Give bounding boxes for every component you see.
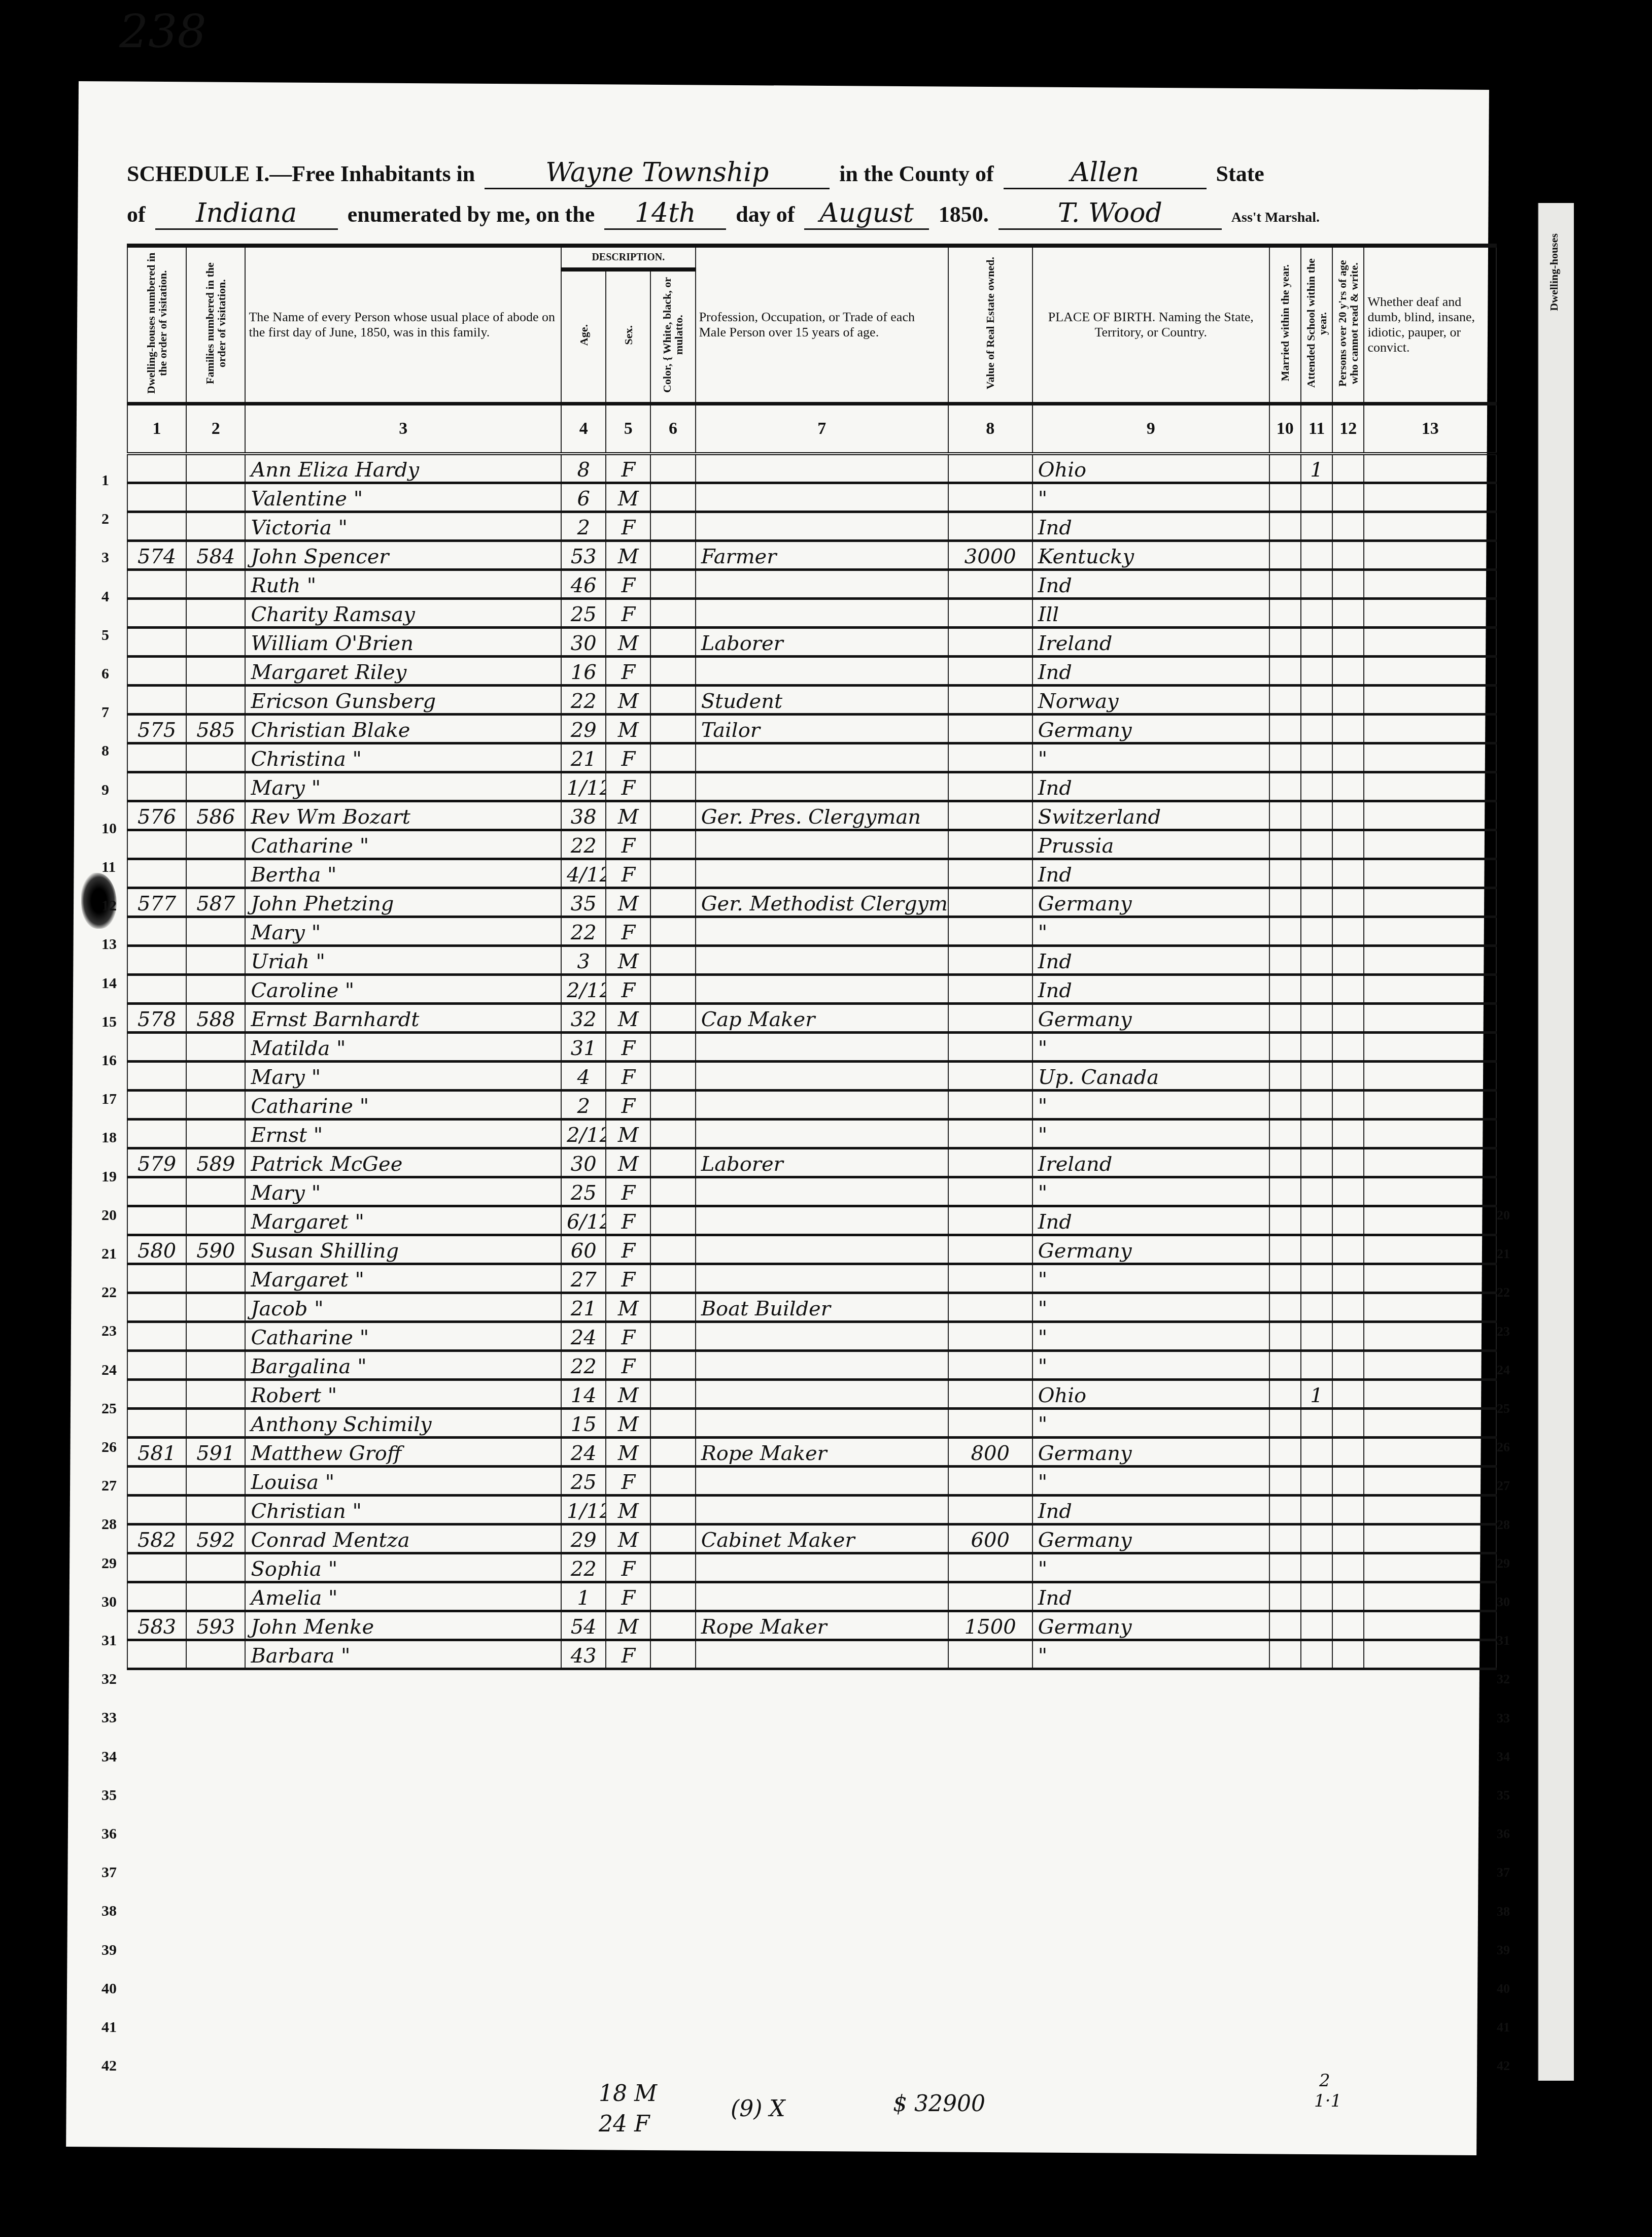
cell-real-estate xyxy=(948,1206,1032,1235)
cell-school xyxy=(1301,1033,1332,1062)
cell-occupation: Tailor xyxy=(696,715,948,743)
cell-age: 32 xyxy=(561,1004,606,1033)
cell-condition xyxy=(1364,917,1496,946)
cell-dwelling: 577 xyxy=(127,888,186,917)
cell-school xyxy=(1301,1582,1332,1611)
cell-sex: F xyxy=(606,1062,650,1091)
cell-school xyxy=(1301,1148,1332,1177)
cell-real-estate xyxy=(948,1640,1032,1669)
cell-family xyxy=(186,512,245,541)
table-row: Jacob "21MBoat Builder" xyxy=(127,1293,1496,1322)
cell-illiterate xyxy=(1332,1148,1364,1177)
cell-married xyxy=(1269,1293,1301,1322)
cell-sex: F xyxy=(606,772,650,801)
line-number: 26 xyxy=(101,1439,117,1456)
cell-color xyxy=(650,570,695,599)
cell-sex: F xyxy=(606,1640,650,1669)
cell-condition xyxy=(1364,1467,1496,1496)
cell-dwelling: 578 xyxy=(127,1004,186,1033)
line-number: 2 xyxy=(101,511,109,528)
table-row: Matilda "31F" xyxy=(127,1033,1496,1062)
cell-birthplace: Germany xyxy=(1032,1611,1269,1640)
cell-occupation: Ger. Pres. Clergyman xyxy=(696,801,948,830)
school-tally: 2 xyxy=(1319,2071,1330,2091)
cell-real-estate xyxy=(948,772,1032,801)
cell-dwelling: 576 xyxy=(127,801,186,830)
cell-sex: M xyxy=(606,1293,650,1322)
cell-name: Margaret " xyxy=(245,1206,561,1235)
cell-condition xyxy=(1364,772,1496,801)
cell-occupation xyxy=(696,859,948,888)
table-row: Caroline "2/12FInd xyxy=(127,975,1496,1004)
cell-dwelling xyxy=(127,1380,186,1409)
cell-color xyxy=(650,1380,695,1409)
cell-family xyxy=(186,1206,245,1235)
table-row: Mary "1/12FInd xyxy=(127,772,1496,801)
table-row: 574584John Spencer53MFarmer3000Kentucky xyxy=(127,541,1496,570)
table-row: Ann Eliza Hardy8FOhio1 xyxy=(127,454,1496,483)
census-table: Dwelling-houses numbered in the order of… xyxy=(127,244,1497,1670)
col-header-sex: Sex. xyxy=(606,269,650,404)
cell-occupation: Laborer xyxy=(696,1148,948,1177)
cell-family xyxy=(186,1351,245,1380)
cell-sex: F xyxy=(606,1264,650,1293)
table-row: Robert "14MOhio1 xyxy=(127,1380,1496,1409)
cell-illiterate xyxy=(1332,686,1364,715)
line-number: 11 xyxy=(101,859,116,876)
cell-name: William O'Brien xyxy=(245,628,561,657)
cell-occupation xyxy=(696,1553,948,1582)
cell-real-estate xyxy=(948,1351,1032,1380)
page-number: 238 xyxy=(119,5,206,58)
cell-occupation xyxy=(696,975,948,1004)
enumerated-label: enumerated by me, on the xyxy=(348,202,595,227)
cell-real-estate xyxy=(948,1553,1032,1582)
line-number: 17 xyxy=(101,1091,117,1108)
cell-name: Patrick McGee xyxy=(245,1148,561,1177)
cell-family: 588 xyxy=(186,1004,245,1033)
cell-family xyxy=(186,657,245,686)
cell-sex: F xyxy=(606,975,650,1004)
cell-family xyxy=(186,628,245,657)
cell-occupation xyxy=(696,1582,948,1611)
col-num: 7 xyxy=(696,404,948,454)
cell-color xyxy=(650,657,695,686)
cell-school xyxy=(1301,541,1332,570)
cell-birthplace: Norway xyxy=(1032,686,1269,715)
cell-sex: M xyxy=(606,1148,650,1177)
cell-married xyxy=(1269,1438,1301,1467)
table-row: Margaret Riley16FInd xyxy=(127,657,1496,686)
table-row: Sophia "22F" xyxy=(127,1553,1496,1582)
cell-condition xyxy=(1364,1611,1496,1640)
cell-birthplace: " xyxy=(1032,1640,1269,1669)
cell-school xyxy=(1301,715,1332,743)
cell-age: 15 xyxy=(561,1409,606,1438)
cell-sex: M xyxy=(606,1438,650,1467)
cell-dwelling xyxy=(127,483,186,512)
cell-illiterate xyxy=(1332,859,1364,888)
cell-condition xyxy=(1364,1496,1496,1524)
cell-age: 22 xyxy=(561,686,606,715)
cell-condition xyxy=(1364,1351,1496,1380)
table-row: Valentine "6M" xyxy=(127,483,1496,512)
cell-married xyxy=(1269,541,1301,570)
cell-illiterate xyxy=(1332,1322,1364,1351)
line-number: 8 xyxy=(101,742,109,760)
cell-dwelling xyxy=(127,859,186,888)
cell-dwelling xyxy=(127,570,186,599)
cell-dwelling xyxy=(127,975,186,1004)
cell-condition xyxy=(1364,1553,1496,1582)
col-num: 5 xyxy=(606,404,650,454)
cell-married xyxy=(1269,657,1301,686)
cell-birthplace: Ohio xyxy=(1032,1380,1269,1409)
cell-married xyxy=(1269,1148,1301,1177)
cell-sex: M xyxy=(606,1611,650,1640)
cell-real-estate xyxy=(948,1235,1032,1264)
cell-birthplace: Ind xyxy=(1032,1582,1269,1611)
cell-family xyxy=(186,1293,245,1322)
table-row: Ernst "2/12M" xyxy=(127,1120,1496,1148)
cell-married xyxy=(1269,512,1301,541)
real-estate-total: $ 32900 xyxy=(893,2091,985,2117)
cell-real-estate xyxy=(948,1467,1032,1496)
cell-age: 25 xyxy=(561,1177,606,1206)
table-row: Amelia "1FInd xyxy=(127,1582,1496,1611)
cell-sex: F xyxy=(606,1553,650,1582)
cell-name: John Phetzing xyxy=(245,888,561,917)
cell-married xyxy=(1269,454,1301,483)
cell-real-estate xyxy=(948,1496,1032,1524)
line-number: 22 xyxy=(101,1284,117,1301)
cell-birthplace: " xyxy=(1032,743,1269,772)
table-row: 581591Matthew Groff24MRope Maker800Germa… xyxy=(127,1438,1496,1467)
cell-family xyxy=(186,483,245,512)
cell-real-estate xyxy=(948,1004,1032,1033)
cell-birthplace: " xyxy=(1032,483,1269,512)
line-number: 30 xyxy=(101,1594,117,1611)
cell-real-estate xyxy=(948,686,1032,715)
line-number: 24 xyxy=(101,1362,117,1379)
cell-occupation xyxy=(696,772,948,801)
cell-condition xyxy=(1364,1206,1496,1235)
cell-dwelling: 582 xyxy=(127,1524,186,1553)
cell-married xyxy=(1269,1004,1301,1033)
line-number: 1 xyxy=(101,472,109,489)
line-number: 33 xyxy=(101,1709,117,1726)
cell-condition xyxy=(1364,859,1496,888)
line-number: 5 xyxy=(101,627,109,644)
cell-condition xyxy=(1364,1293,1496,1322)
cell-name: Conrad Mentza xyxy=(245,1524,561,1553)
state-field: Indiana xyxy=(155,198,338,230)
cell-age: 8 xyxy=(561,454,606,483)
cell-occupation xyxy=(696,1091,948,1120)
cell-color xyxy=(650,1553,695,1582)
cell-birthplace: Switzerland xyxy=(1032,801,1269,830)
title-line-2: of Indiana enumerated by me, on the 14th… xyxy=(127,198,1320,230)
cell-age: 2 xyxy=(561,1091,606,1120)
cell-age: 2 xyxy=(561,512,606,541)
table-row: Charity Ramsay25FIll xyxy=(127,599,1496,628)
cell-color xyxy=(650,1496,695,1524)
cell-married xyxy=(1269,1611,1301,1640)
cell-age: 35 xyxy=(561,888,606,917)
cell-condition xyxy=(1364,715,1496,743)
cell-color xyxy=(650,917,695,946)
cell-real-estate xyxy=(948,715,1032,743)
cell-real-estate xyxy=(948,917,1032,946)
table-row: Uriah "3MInd xyxy=(127,946,1496,975)
cell-school xyxy=(1301,859,1332,888)
cell-illiterate xyxy=(1332,801,1364,830)
cell-name: Bertha " xyxy=(245,859,561,888)
cell-occupation: Laborer xyxy=(696,628,948,657)
col-header-family: Families numbered in the order of visita… xyxy=(186,246,245,404)
cell-name: Victoria " xyxy=(245,512,561,541)
cell-married xyxy=(1269,715,1301,743)
cell-occupation xyxy=(696,1033,948,1062)
cell-sex: F xyxy=(606,1235,650,1264)
cell-illiterate xyxy=(1332,512,1364,541)
table-row: Christian "1/12MInd xyxy=(127,1496,1496,1524)
cell-married xyxy=(1269,1062,1301,1091)
table-row: 580590Susan Shilling60FGermany xyxy=(127,1235,1496,1264)
cell-sex: F xyxy=(606,512,650,541)
table-row: Margaret "6/12FInd xyxy=(127,1206,1496,1235)
cell-name: Matilda " xyxy=(245,1033,561,1062)
cell-birthplace: Ind xyxy=(1032,946,1269,975)
col-num: 11 xyxy=(1301,404,1332,454)
cell-age: 54 xyxy=(561,1611,606,1640)
col-num: 13 xyxy=(1364,404,1496,454)
cell-married xyxy=(1269,772,1301,801)
cell-school xyxy=(1301,1062,1332,1091)
cell-married xyxy=(1269,801,1301,830)
cell-school xyxy=(1301,975,1332,1004)
cell-age: 24 xyxy=(561,1438,606,1467)
cell-married xyxy=(1269,686,1301,715)
cell-condition xyxy=(1364,830,1496,859)
cell-name: Robert " xyxy=(245,1380,561,1409)
cell-illiterate xyxy=(1332,1611,1364,1640)
cell-age: 1/12 xyxy=(561,772,606,801)
cell-color xyxy=(650,1640,695,1669)
cell-color xyxy=(650,772,695,801)
cell-family xyxy=(186,599,245,628)
cell-illiterate xyxy=(1332,1264,1364,1293)
table-row: 582592Conrad Mentza29MCabinet Maker600Ge… xyxy=(127,1524,1496,1553)
cell-family xyxy=(186,1120,245,1148)
cell-school xyxy=(1301,743,1332,772)
cell-color xyxy=(650,454,695,483)
cell-family xyxy=(186,859,245,888)
cell-name: Jacob " xyxy=(245,1293,561,1322)
cell-age: 4 xyxy=(561,1062,606,1091)
adjacent-page-strip: Dwelling-houses xyxy=(1537,203,1574,2081)
cell-condition xyxy=(1364,454,1496,483)
cell-age: 27 xyxy=(561,1264,606,1293)
cell-sex: M xyxy=(606,946,650,975)
cell-married xyxy=(1269,1177,1301,1206)
line-number: 28 xyxy=(101,1516,117,1533)
cell-school xyxy=(1301,1120,1332,1148)
cell-sex: F xyxy=(606,1033,650,1062)
cell-sex: F xyxy=(606,1322,650,1351)
adjacent-line-number: 21 xyxy=(1497,1246,1510,1262)
cell-name: Mary " xyxy=(245,1177,561,1206)
cell-condition xyxy=(1364,1640,1496,1669)
cell-married xyxy=(1269,1524,1301,1553)
cell-condition xyxy=(1364,628,1496,657)
cell-real-estate xyxy=(948,1148,1032,1177)
table-row: Ruth "46FInd xyxy=(127,570,1496,599)
cell-name: Sophia " xyxy=(245,1553,561,1582)
table-row: Margaret "27F" xyxy=(127,1264,1496,1293)
cell-sex: M xyxy=(606,1004,650,1033)
cell-family xyxy=(186,917,245,946)
cell-condition xyxy=(1364,1235,1496,1264)
adjacent-line-number: 32 xyxy=(1497,1672,1510,1687)
cell-school xyxy=(1301,1177,1332,1206)
table-row: William O'Brien30MLaborerIreland xyxy=(127,628,1496,657)
col-header-occupation: Profession, Occupation, or Trade of each… xyxy=(696,246,948,404)
male-tally: 18 M xyxy=(599,2081,657,2107)
cell-illiterate xyxy=(1332,1496,1364,1524)
cell-dwelling xyxy=(127,1120,186,1148)
cell-name: Uriah " xyxy=(245,946,561,975)
cell-name: Ernst Barnhardt xyxy=(245,1004,561,1033)
cell-school: 1 xyxy=(1301,1380,1332,1409)
cell-condition xyxy=(1364,1091,1496,1120)
cell-illiterate xyxy=(1332,483,1364,512)
cell-age: 30 xyxy=(561,1148,606,1177)
cell-name: Bargalina " xyxy=(245,1351,561,1380)
cell-color xyxy=(650,1264,695,1293)
cell-birthplace: " xyxy=(1032,1553,1269,1582)
adjacent-line-number: 37 xyxy=(1497,1865,1510,1880)
cell-birthplace: Ind xyxy=(1032,570,1269,599)
cell-illiterate xyxy=(1332,1235,1364,1264)
cell-school xyxy=(1301,946,1332,975)
cell-family: 590 xyxy=(186,1235,245,1264)
cell-birthplace: " xyxy=(1032,1033,1269,1062)
line-number: 38 xyxy=(101,1903,117,1920)
adjacent-line-number: 20 xyxy=(1497,1208,1510,1223)
cell-family xyxy=(186,1467,245,1496)
cell-name: Christian Blake xyxy=(245,715,561,743)
cell-real-estate xyxy=(948,888,1032,917)
cell-name: Christina " xyxy=(245,743,561,772)
cell-illiterate xyxy=(1332,917,1364,946)
cell-real-estate xyxy=(948,830,1032,859)
col-header-condition: Whether deaf and dumb, blind, insane, id… xyxy=(1364,246,1496,404)
cell-sex: F xyxy=(606,599,650,628)
cell-name: Catharine " xyxy=(245,830,561,859)
col-num: 1 xyxy=(127,404,186,454)
col-header-color: Color, { White, black, or mulatto. xyxy=(650,269,695,404)
cell-condition xyxy=(1364,541,1496,570)
cell-birthplace: Germany xyxy=(1032,1235,1269,1264)
cell-married xyxy=(1269,917,1301,946)
cell-color xyxy=(650,1293,695,1322)
cell-real-estate: 600 xyxy=(948,1524,1032,1553)
adjacent-line-number: 38 xyxy=(1497,1904,1510,1919)
cell-birthplace: " xyxy=(1032,1351,1269,1380)
cell-dwelling xyxy=(127,1322,186,1351)
table-row: Catharine "2F" xyxy=(127,1091,1496,1120)
cell-married xyxy=(1269,1380,1301,1409)
county-label: in the County of xyxy=(839,161,993,186)
cell-condition xyxy=(1364,686,1496,715)
cell-real-estate xyxy=(948,1033,1032,1062)
cell-condition xyxy=(1364,1062,1496,1091)
table-row: 576586Rev Wm Bozart38MGer. Pres. Clergym… xyxy=(127,801,1496,830)
cell-color xyxy=(650,628,695,657)
cell-family xyxy=(186,772,245,801)
line-number: 6 xyxy=(101,665,109,683)
cell-illiterate xyxy=(1332,1033,1364,1062)
cell-dwelling xyxy=(127,1467,186,1496)
cell-color xyxy=(650,801,695,830)
cell-condition xyxy=(1364,1264,1496,1293)
cell-condition xyxy=(1364,570,1496,599)
cell-sex: F xyxy=(606,570,650,599)
cell-birthplace: Up. Canada xyxy=(1032,1062,1269,1091)
cell-illiterate xyxy=(1332,1351,1364,1380)
line-number: 4 xyxy=(101,588,109,605)
col-num: 12 xyxy=(1332,404,1364,454)
cell-real-estate xyxy=(948,801,1032,830)
cell-color xyxy=(650,512,695,541)
cell-color xyxy=(650,1033,695,1062)
cell-married xyxy=(1269,1351,1301,1380)
cell-age: 22 xyxy=(561,917,606,946)
cell-occupation xyxy=(696,512,948,541)
cell-name: Susan Shilling xyxy=(245,1235,561,1264)
cell-married xyxy=(1269,743,1301,772)
cell-occupation xyxy=(696,1206,948,1235)
cell-name: Caroline " xyxy=(245,975,561,1004)
cell-occupation xyxy=(696,657,948,686)
cell-real-estate xyxy=(948,1380,1032,1409)
cell-sex: M xyxy=(606,1380,650,1409)
cell-real-estate xyxy=(948,657,1032,686)
cell-occupation: Ger. Methodist Clergyman xyxy=(696,888,948,917)
cell-real-estate: 800 xyxy=(948,1438,1032,1467)
cell-condition xyxy=(1364,1004,1496,1033)
line-number: 20 xyxy=(101,1207,117,1224)
table-row: 577587John Phetzing35MGer. Methodist Cle… xyxy=(127,888,1496,917)
cell-illiterate xyxy=(1332,599,1364,628)
col-header-school: Attended School within the year. xyxy=(1301,246,1332,404)
cell-condition xyxy=(1364,483,1496,512)
cell-married xyxy=(1269,888,1301,917)
cell-age: 6/12 xyxy=(561,1206,606,1235)
cell-school xyxy=(1301,917,1332,946)
cell-illiterate xyxy=(1332,1380,1364,1409)
cell-school xyxy=(1301,599,1332,628)
cell-dwelling xyxy=(127,599,186,628)
cell-illiterate xyxy=(1332,541,1364,570)
cell-color xyxy=(650,1148,695,1177)
cell-occupation: Cabinet Maker xyxy=(696,1524,948,1553)
cell-occupation xyxy=(696,1496,948,1524)
cell-family xyxy=(186,1496,245,1524)
cell-dwelling: 579 xyxy=(127,1148,186,1177)
cell-birthplace: " xyxy=(1032,1091,1269,1120)
